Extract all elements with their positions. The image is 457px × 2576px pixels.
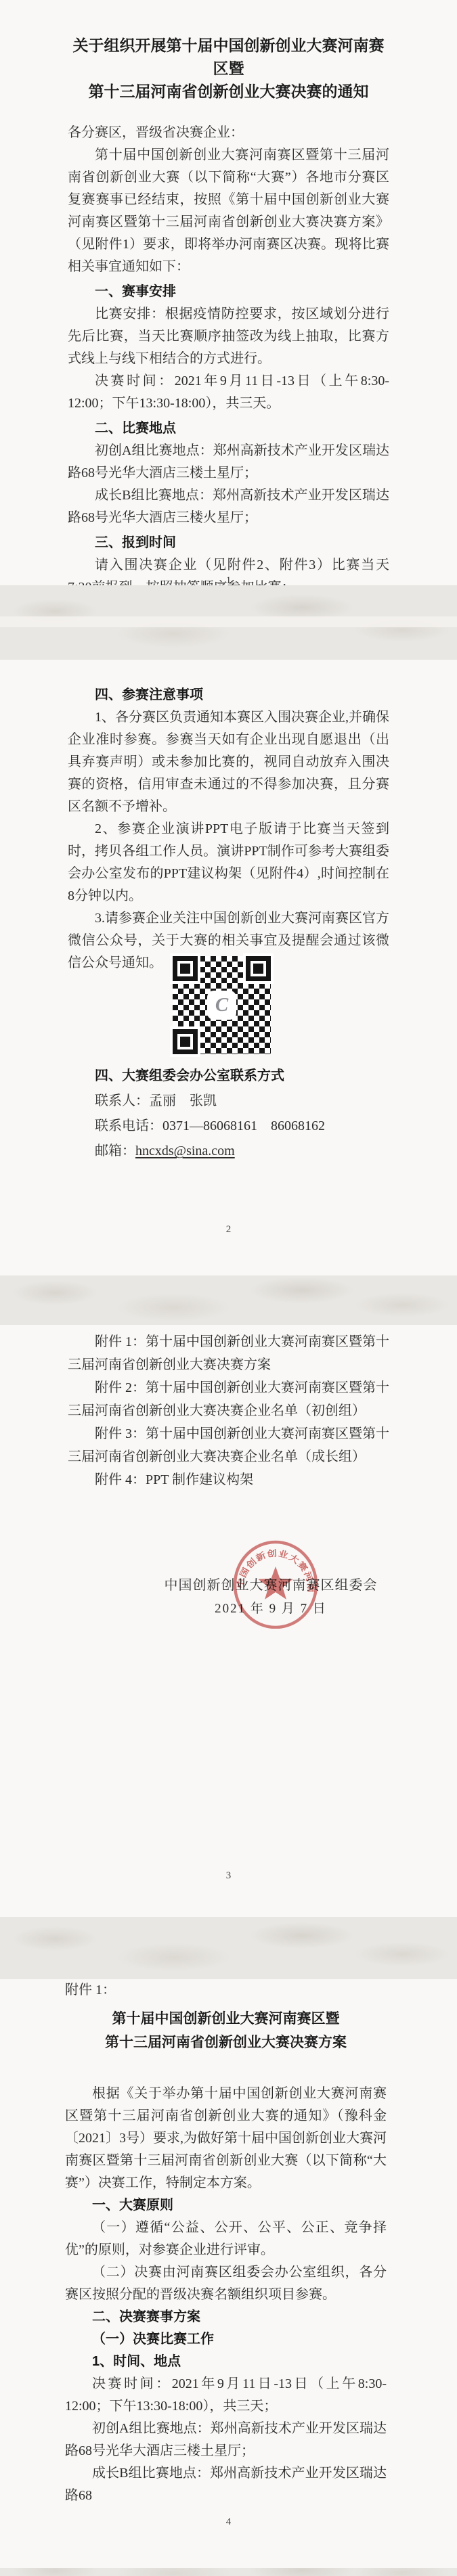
para-intro: 第十届中国创新创业大赛河南赛区暨第十三届河南省创新创业大赛（以下简称“大赛”）各… — [68, 144, 389, 278]
heading-time-place: 1、时间、地点 — [65, 2351, 387, 2373]
contact-email-label: 邮箱： — [95, 1144, 135, 1158]
attachment-item-3: 附件 3：第十届中国创新创业大赛河南赛区暨第十三届河南省创新创业大赛决赛企业名单… — [68, 1422, 389, 1468]
para-note-2: 2、参赛企业演讲PPT电子版请于比赛当天签到时，拷贝各组工作人员。演讲PPT制作… — [68, 818, 389, 907]
page-number-3: 3 — [0, 1868, 457, 1883]
page-number-2: 2 — [0, 1222, 457, 1237]
attachment-item-4: 附件 4：PPT 制作建议构架 — [68, 1468, 389, 1491]
heading-final-scheme: 二、决赛赛事方案 — [65, 2306, 387, 2328]
contact-email-link[interactable]: hncxds@sina.com — [135, 1144, 235, 1158]
para-location-group-a: 初创A组比赛地点：郑州高新技术产业开发区瑞达路68号光华大酒店三楼土星厅； — [68, 440, 389, 484]
heading-final-work: （一）决赛比赛工作 — [65, 2328, 387, 2351]
attachment-1-marker: 附件 1： — [65, 1979, 387, 2002]
heading-participation-notes: 四、参赛注意事项 — [68, 684, 389, 706]
contact-block: 四、大赛组委会办公室联系方式 联系人：孟丽 张凯 联系电话：0371—86068… — [68, 1064, 389, 1164]
heading-checkin-time: 三、报到时间 — [68, 532, 389, 554]
qr-code: C — [173, 956, 271, 1054]
plan-title-line-2: 第十三届河南省创新创业大赛决赛方案 — [65, 2031, 387, 2054]
para-final-time: 决赛时间：2021年9月11日-13日（上午8:30-12:00；下午13:30… — [68, 370, 389, 415]
notice-title-line-1: 关于组织开展第十届中国创新创业大赛河南赛区暨 — [68, 34, 389, 80]
page-4: 附件 1： 第十届中国创新创业大赛河南赛区暨 第十三届河南省创新创业大赛决赛方案… — [0, 1979, 457, 2568]
para-principle-2: （二）决赛由河南赛区组委会办公室组织，各分赛区按照分配的晋级决赛名额组织项目参赛… — [65, 2261, 387, 2306]
attachment-item-1: 附件 1：第十届中国创新创业大赛河南赛区暨第十三届河南省创新创业大赛决赛方案 — [68, 1330, 389, 1376]
qr-finder-icon — [173, 1029, 198, 1054]
attachment-item-2: 附件 2：第十届中国创新创业大赛河南赛区暨第十三届河南省创新创业大赛决赛企业名单… — [68, 1376, 389, 1422]
qr-center-logo: C — [209, 993, 234, 1018]
para-location-a-plan: 初创A组比赛地点：郑州高新技术产业开发区瑞达路68号光华大酒店三楼土星厅； — [65, 2418, 387, 2462]
document-scan: 关于组织开展第十届中国创新创业大赛河南赛区暨 第十三届河南省创新创业大赛决赛的通… — [0, 0, 457, 2576]
para-final-time-plan: 决赛时间：2021年9月11日-13日（上午8:30-12:00；下午13:30… — [65, 2373, 387, 2418]
page-1: 关于组织开展第十届中国创新创业大赛河南赛区暨 第十三届河南省创新创业大赛决赛的通… — [0, 0, 457, 585]
plan-title-line-1: 第十届中国创新创业大赛河南赛区暨 — [65, 2007, 387, 2031]
para-principle-1: （一）遵循“公益、公开、公平、公正、竞争择优”的原则，对参赛企业进行评审。 — [65, 2217, 387, 2261]
qr-finder-icon — [246, 956, 271, 981]
heading-contact-info: 四、大赛组委会办公室联系方式 — [68, 1064, 389, 1089]
contact-person: 联系人：孟丽 张凯 — [68, 1089, 389, 1114]
contact-email-line: 邮箱：hncxds@sina.com — [68, 1139, 389, 1164]
heading-location: 二、比赛地点 — [68, 417, 389, 440]
salutation: 各分赛区，晋级省决赛企业： — [68, 122, 389, 144]
heading-event-arrangement: 一、赛事安排 — [68, 281, 389, 303]
para-location-b-plan-truncated: 成长B组比赛地点：郑州高新技术产业开发区瑞达路68 — [65, 2462, 387, 2507]
official-seal: 中国创新创业大赛河南赛区组委会 — [232, 1537, 320, 1629]
contact-phone: 联系电话：0371—86068161 86068162 — [68, 1114, 389, 1139]
para-location-group-b: 成长B组比赛地点：郑州高新技术产业开发区瑞达路68号光华大酒店三楼火星厅； — [68, 484, 389, 529]
page-separator-bottom — [0, 2568, 457, 2576]
page-2: 四、参赛注意事项 1、各分赛区负责通知本赛区入围决赛企业,并确保企业准时参赛。参… — [0, 660, 457, 1275]
page-separator-1 — [0, 585, 457, 660]
page-separator-2 — [0, 1275, 457, 1325]
qr-finder-icon — [173, 956, 198, 981]
para-note-1: 1、各分赛区负责通知本赛区入围决赛企业,并确保企业准时参赛。参赛当天如有企业出现… — [68, 706, 389, 818]
seal-star-icon — [258, 1566, 292, 1600]
heading-principles: 一、大赛原则 — [65, 2194, 387, 2217]
notice-title-line-2: 第十三届河南省创新创业大赛决赛的通知 — [68, 80, 389, 103]
page-3: 附件 1：第十届中国创新创业大赛河南赛区暨第十三届河南省创新创业大赛决赛方案 附… — [0, 1325, 457, 1917]
page-number-4: 4 — [0, 2514, 457, 2529]
para-plan-intro: 根据《关于举办第十届中国创新创业大赛河南赛区暨第十三届河南省创新创业大赛的通知》… — [65, 2083, 387, 2194]
page-separator-3 — [0, 1917, 457, 1979]
para-arrangement: 比赛安排：根据疫情防控要求，按区域划分进行先后比赛，当天比赛顺序抽签改为线上抽取… — [68, 303, 389, 370]
